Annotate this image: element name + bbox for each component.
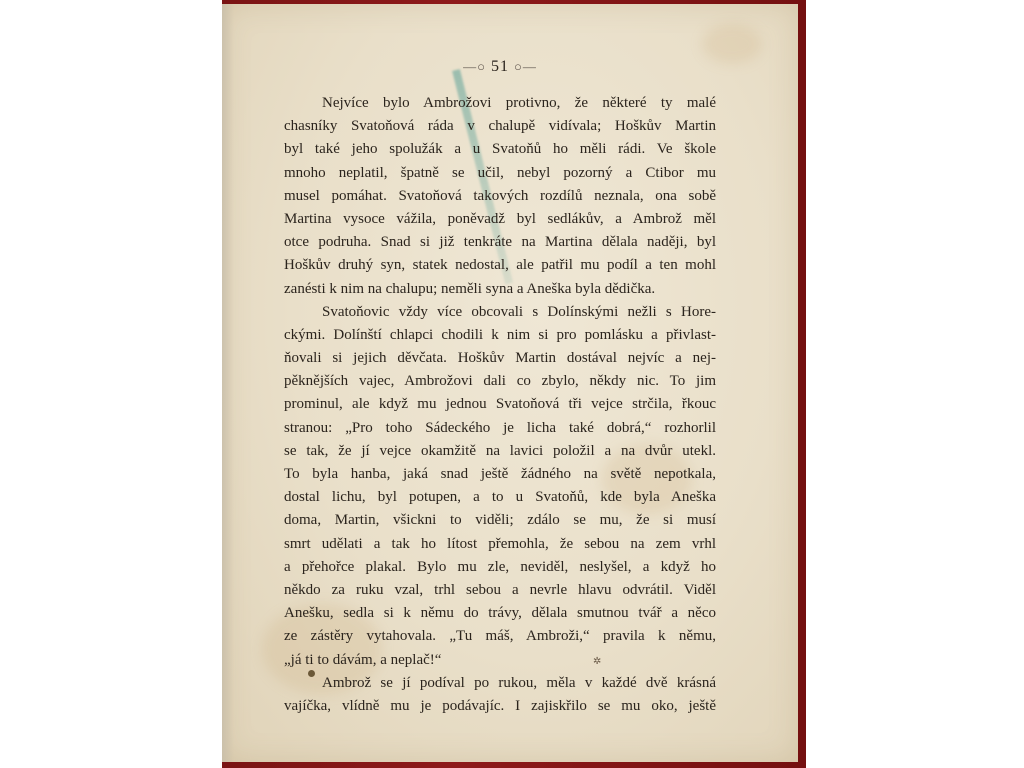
text-line: Hoškův druhý syn, statek nedostal, ale p… <box>284 254 716 277</box>
paper-stain <box>702 24 762 64</box>
text-line: a přehořce plakal. Bylo mu zle, neviděl,… <box>284 556 716 579</box>
text-line: Martina vysoce vážila, poněvadž byl sedl… <box>284 208 716 231</box>
text-line: Nejvíce bylo Ambrožovi protivno, že někt… <box>284 92 716 115</box>
text-line: mnoho neplatil, špatně se učil, nebyl po… <box>284 162 716 185</box>
text-line: pěknějších vajec, Ambrožovi dali co zbyl… <box>284 370 716 393</box>
text-line: chasníky Svatoňová ráda v chalupě vidíva… <box>284 115 716 138</box>
text-line: doma, Martin, všickni to viděli; zdálo s… <box>284 509 716 532</box>
text-line: někdo za ruku vzal, trhl sebou a nevrle … <box>284 579 716 602</box>
text-line: musel pomáhat. Svatoňová takových rozdíl… <box>284 185 716 208</box>
page-number: —○ 51 ○— <box>440 58 560 76</box>
asterisk-ornament-icon: ✲ <box>593 656 601 667</box>
page-number-value: 51 <box>491 58 509 75</box>
ink-spot <box>308 670 315 677</box>
text-line: To byla hanba, jaká snad ještě žádného n… <box>284 463 716 486</box>
text-line: ňovali si jejich děvčata. Hoškův Martin … <box>284 347 716 370</box>
body-text: Nejvíce bylo Ambrožovi protivno, že někt… <box>284 92 716 718</box>
text-line: Anešku, sedla si k němu do trávy, dělala… <box>284 602 716 625</box>
photo-stage: —○ 51 ○— Nejvíce bylo Ambrožovi protivno… <box>0 0 1024 768</box>
text-line: stranou: „Pro toho Sádeckého je licha ta… <box>284 417 716 440</box>
text-line: otce podruha. Snad si již tenkráte na Ma… <box>284 231 716 254</box>
text-line: smrt udělati a tak ho lítost přemohla, ž… <box>284 533 716 556</box>
text-line: ze zástěry vytahovala. „Tu máš, Ambroži,… <box>284 625 716 648</box>
text-line: zanésti k nim na chalupu; neměli syna a … <box>284 278 716 301</box>
text-line: Ambrož se jí podíval po rukou, měla v ka… <box>284 672 716 695</box>
folio-right-ornament: ○— <box>514 59 537 74</box>
text-line: prominul, ale když mu jednou Svatoňová t… <box>284 393 716 416</box>
text-line: Svatoňovic vždy více obcovali s Dolínský… <box>284 301 716 324</box>
folio-left-ornament: —○ <box>463 59 486 74</box>
text-line: ckými. Dolínští chlapci chodili k nim si… <box>284 324 716 347</box>
text-line: „já ti to dávám, a neplač!“ <box>284 649 716 672</box>
text-line: byl také jeho spolužák a u Svatoňů ho mě… <box>284 138 716 161</box>
text-line: se tak, že jí vejce okamžitě na lavici p… <box>284 440 716 463</box>
text-line: dostal lichu, byl potupen, a to u Svatoň… <box>284 486 716 509</box>
text-line: vajíčka, vlídně mu je podávajíc. I zajis… <box>284 695 716 718</box>
